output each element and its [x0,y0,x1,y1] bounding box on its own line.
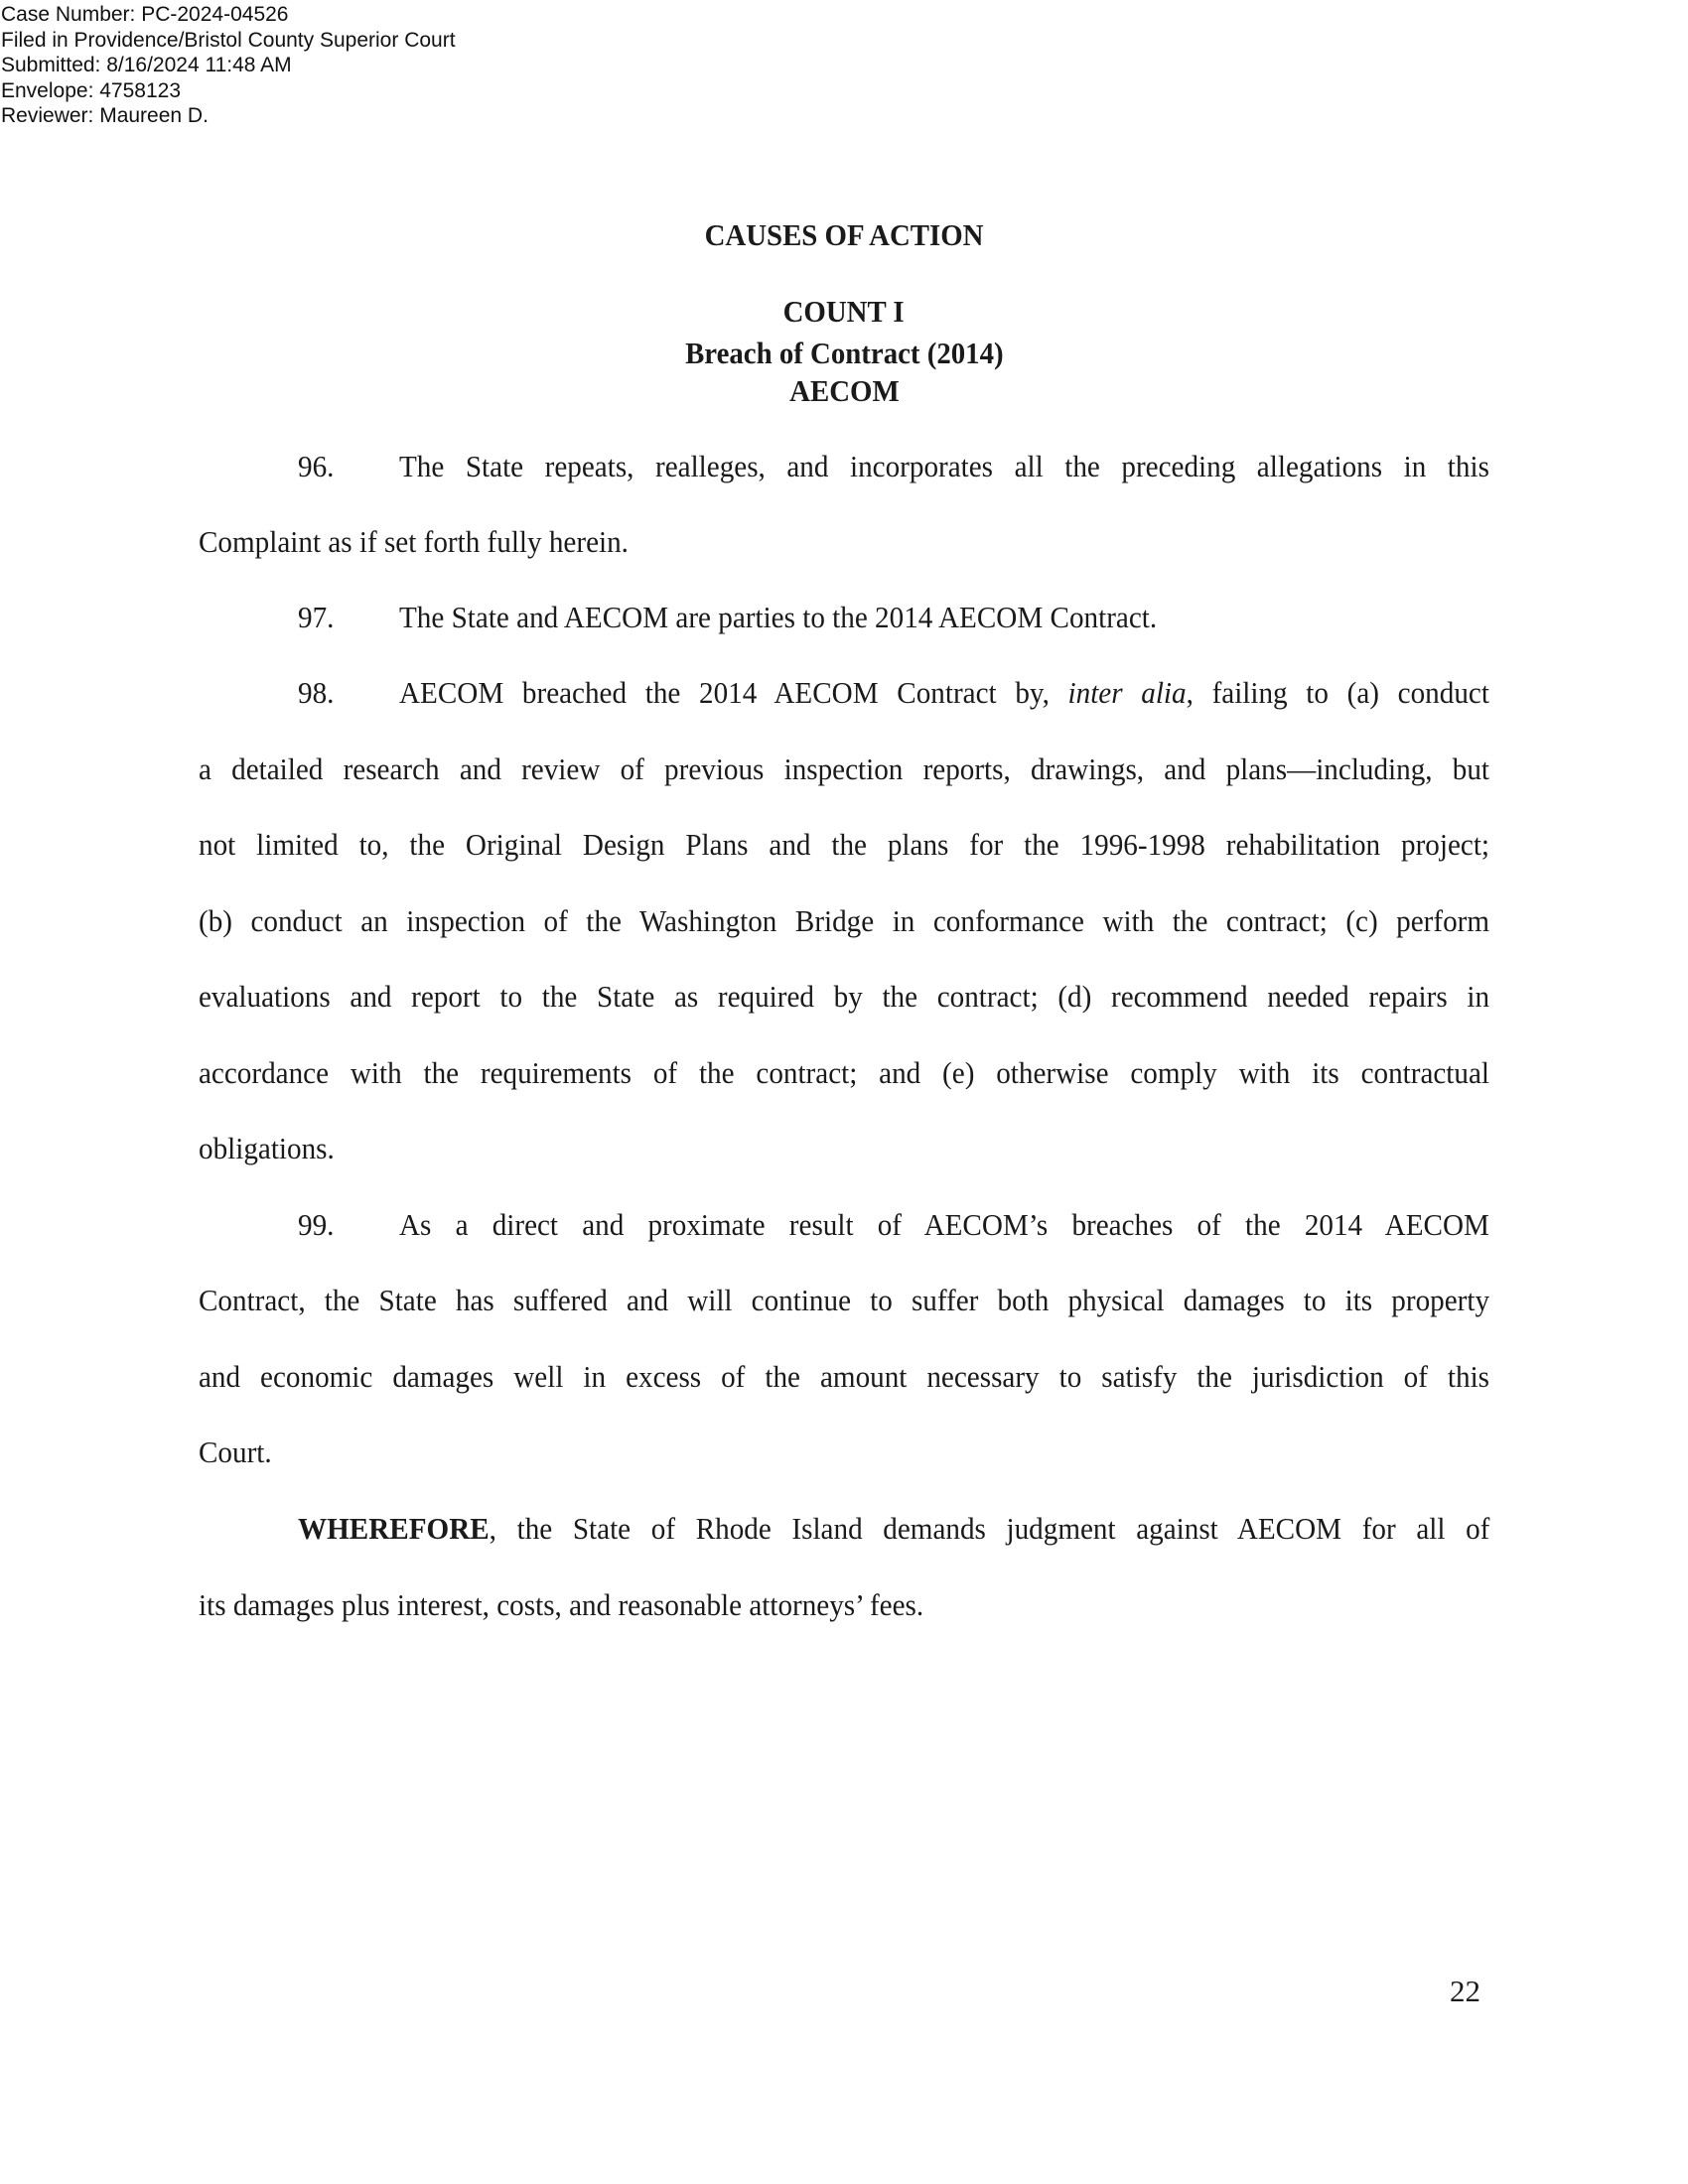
count-title: Breach of Contract (2014) [0,336,1688,371]
paragraph-line: The State and AECOM are parties to the 2… [399,598,1157,637]
paragraph-number: 98. [298,673,337,713]
paragraph-line: AECOM breached the 2014 AECOM Contract b… [399,673,1489,713]
paragraph-line: (b) conduct an inspection of the Washing… [199,901,1489,941]
paragraph-line: Contract, the State has suffered and wil… [199,1281,1489,1320]
paragraph-line: not limited to, the Original Design Plan… [199,825,1489,865]
wherefore-bold: WHEREFORE [298,1511,490,1546]
paragraph-line: WHEREFORE, the State of Rhode Island dem… [298,1509,1489,1549]
reviewer: Reviewer: Maureen D. [1,103,456,129]
case-number: Case Number: PC-2024-04526 [1,2,456,28]
paragraph-line: a detailed research and review of previo… [199,750,1489,789]
count-heading: COUNT I [0,294,1688,330]
page-number: 22 [1450,1974,1480,2009]
paragraph-line: The State repeats, realleges, and incorp… [399,447,1489,486]
envelope-number: Envelope: 4758123 [1,78,456,104]
submitted-timestamp: Submitted: 8/16/2024 11:48 AM [1,53,456,78]
inter-alia-italic: inter alia [1068,675,1187,710]
paragraph-number: 97. [298,598,337,637]
section-heading: CAUSES OF ACTION [0,217,1688,253]
filing-stamp: Case Number: PC-2024-04526 Filed in Prov… [1,2,456,129]
paragraph-line: Complaint as if set forth fully herein. [199,522,629,562]
count-party: AECOM [0,373,1688,409]
paragraph-number: 99. [298,1205,337,1245]
filed-in-court: Filed in Providence/Bristol County Super… [1,28,456,54]
paragraph-line: evaluations and report to the State as r… [199,977,1489,1017]
paragraph-line: obligations. [199,1129,335,1168]
paragraph-line: its damages plus interest, costs, and re… [199,1585,923,1625]
paragraph-number: 96. [298,447,337,486]
paragraph-line: and economic damages well in excess of t… [199,1357,1489,1397]
paragraph-line: Court. [199,1433,272,1472]
paragraph-line: As a direct and proximate result of AECO… [399,1205,1489,1245]
paragraph-line: accordance with the requirements of the … [199,1053,1489,1093]
